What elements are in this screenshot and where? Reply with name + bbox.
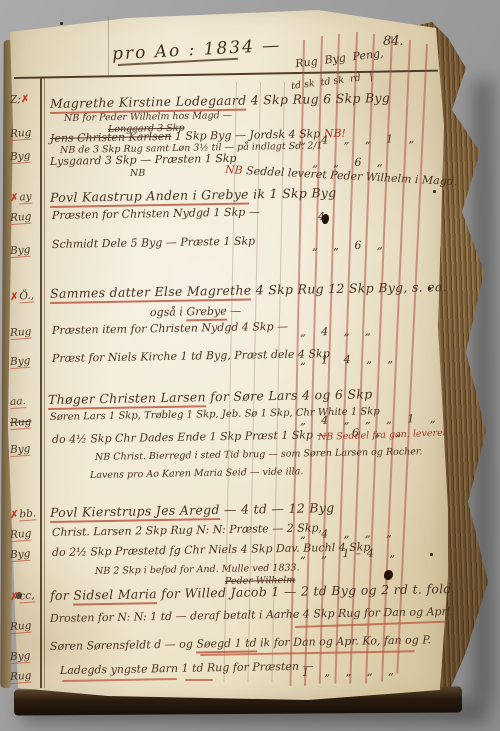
ink-speck (60, 22, 63, 25)
margin-label: Byg (10, 442, 43, 456)
margin-label: Rug (10, 669, 43, 683)
entry-name: Søegd 1 td (196, 636, 256, 653)
column-values: 6 „ „ (352, 426, 408, 440)
margin-label: Byg (10, 547, 43, 561)
entry-name: Sammes datter Else Magrethe (50, 282, 252, 304)
page-number: 84. (383, 34, 404, 49)
cross-mark-icon: ✗ (10, 193, 19, 205)
entry-name: Povl Kaastrup Anden i Grebye (50, 187, 249, 208)
column-values: „ „ 6 „ (312, 238, 389, 252)
column-values: „ „ 1–4 „ (300, 546, 401, 561)
entry-name: Grebye (186, 305, 227, 322)
column-values: „ 1 4 „ „ (300, 352, 399, 367)
entry-name: Thøger Christen Larsen (48, 389, 206, 410)
ink-speck (428, 287, 431, 290)
cross-mark-icon: ✗ (10, 510, 19, 522)
column-values: „ 4 „ „ „ (300, 526, 398, 541)
margin-label: Rug (10, 527, 43, 541)
cross-mark-icon: ✗ (21, 94, 30, 106)
column-values: „ 4 „ „ „ 1 „ (300, 412, 442, 427)
margin-label: Z;✗ (10, 92, 43, 106)
ink-speck (433, 190, 436, 193)
margin-label: ✗bb. (10, 507, 43, 521)
margin-label: Rug (10, 619, 43, 633)
margin-label: aa. (10, 394, 43, 408)
margin-label: Rug (10, 325, 43, 339)
margin-label: Byg (10, 149, 43, 163)
margin-label: Byg (10, 243, 43, 257)
entry-name: Povl Kierstrups Jes Aregd (50, 502, 220, 523)
margin-label: Rug (10, 415, 43, 429)
ledger-photograph: pro Ao : 1834 — 84. Rug Byg Peng, td sk … (0, 0, 500, 731)
margin-label: ✗ay (10, 190, 43, 204)
red-underline (185, 679, 213, 681)
ink-speck (430, 553, 433, 556)
column-values: „ 4 „ „ (300, 324, 377, 338)
margin-ruling-line (44, 78, 46, 688)
margin-label: Rug (10, 126, 43, 140)
margin-label: ✗Ö., (10, 289, 43, 303)
ledger-line: NB (130, 168, 145, 179)
margin-label: ✗cc, (10, 589, 43, 603)
crease-line (108, 16, 109, 78)
margin-label: Byg (10, 649, 43, 663)
margin-label: Rug (10, 210, 43, 224)
cross-mark-icon: ✗ (10, 292, 19, 304)
margin-label: Byg (10, 354, 43, 368)
ledger-line: også i Grebye — (150, 304, 241, 319)
column-values: 1 „ „ „ „ (302, 664, 400, 679)
entry-name: Sidsel Maria (73, 586, 157, 605)
